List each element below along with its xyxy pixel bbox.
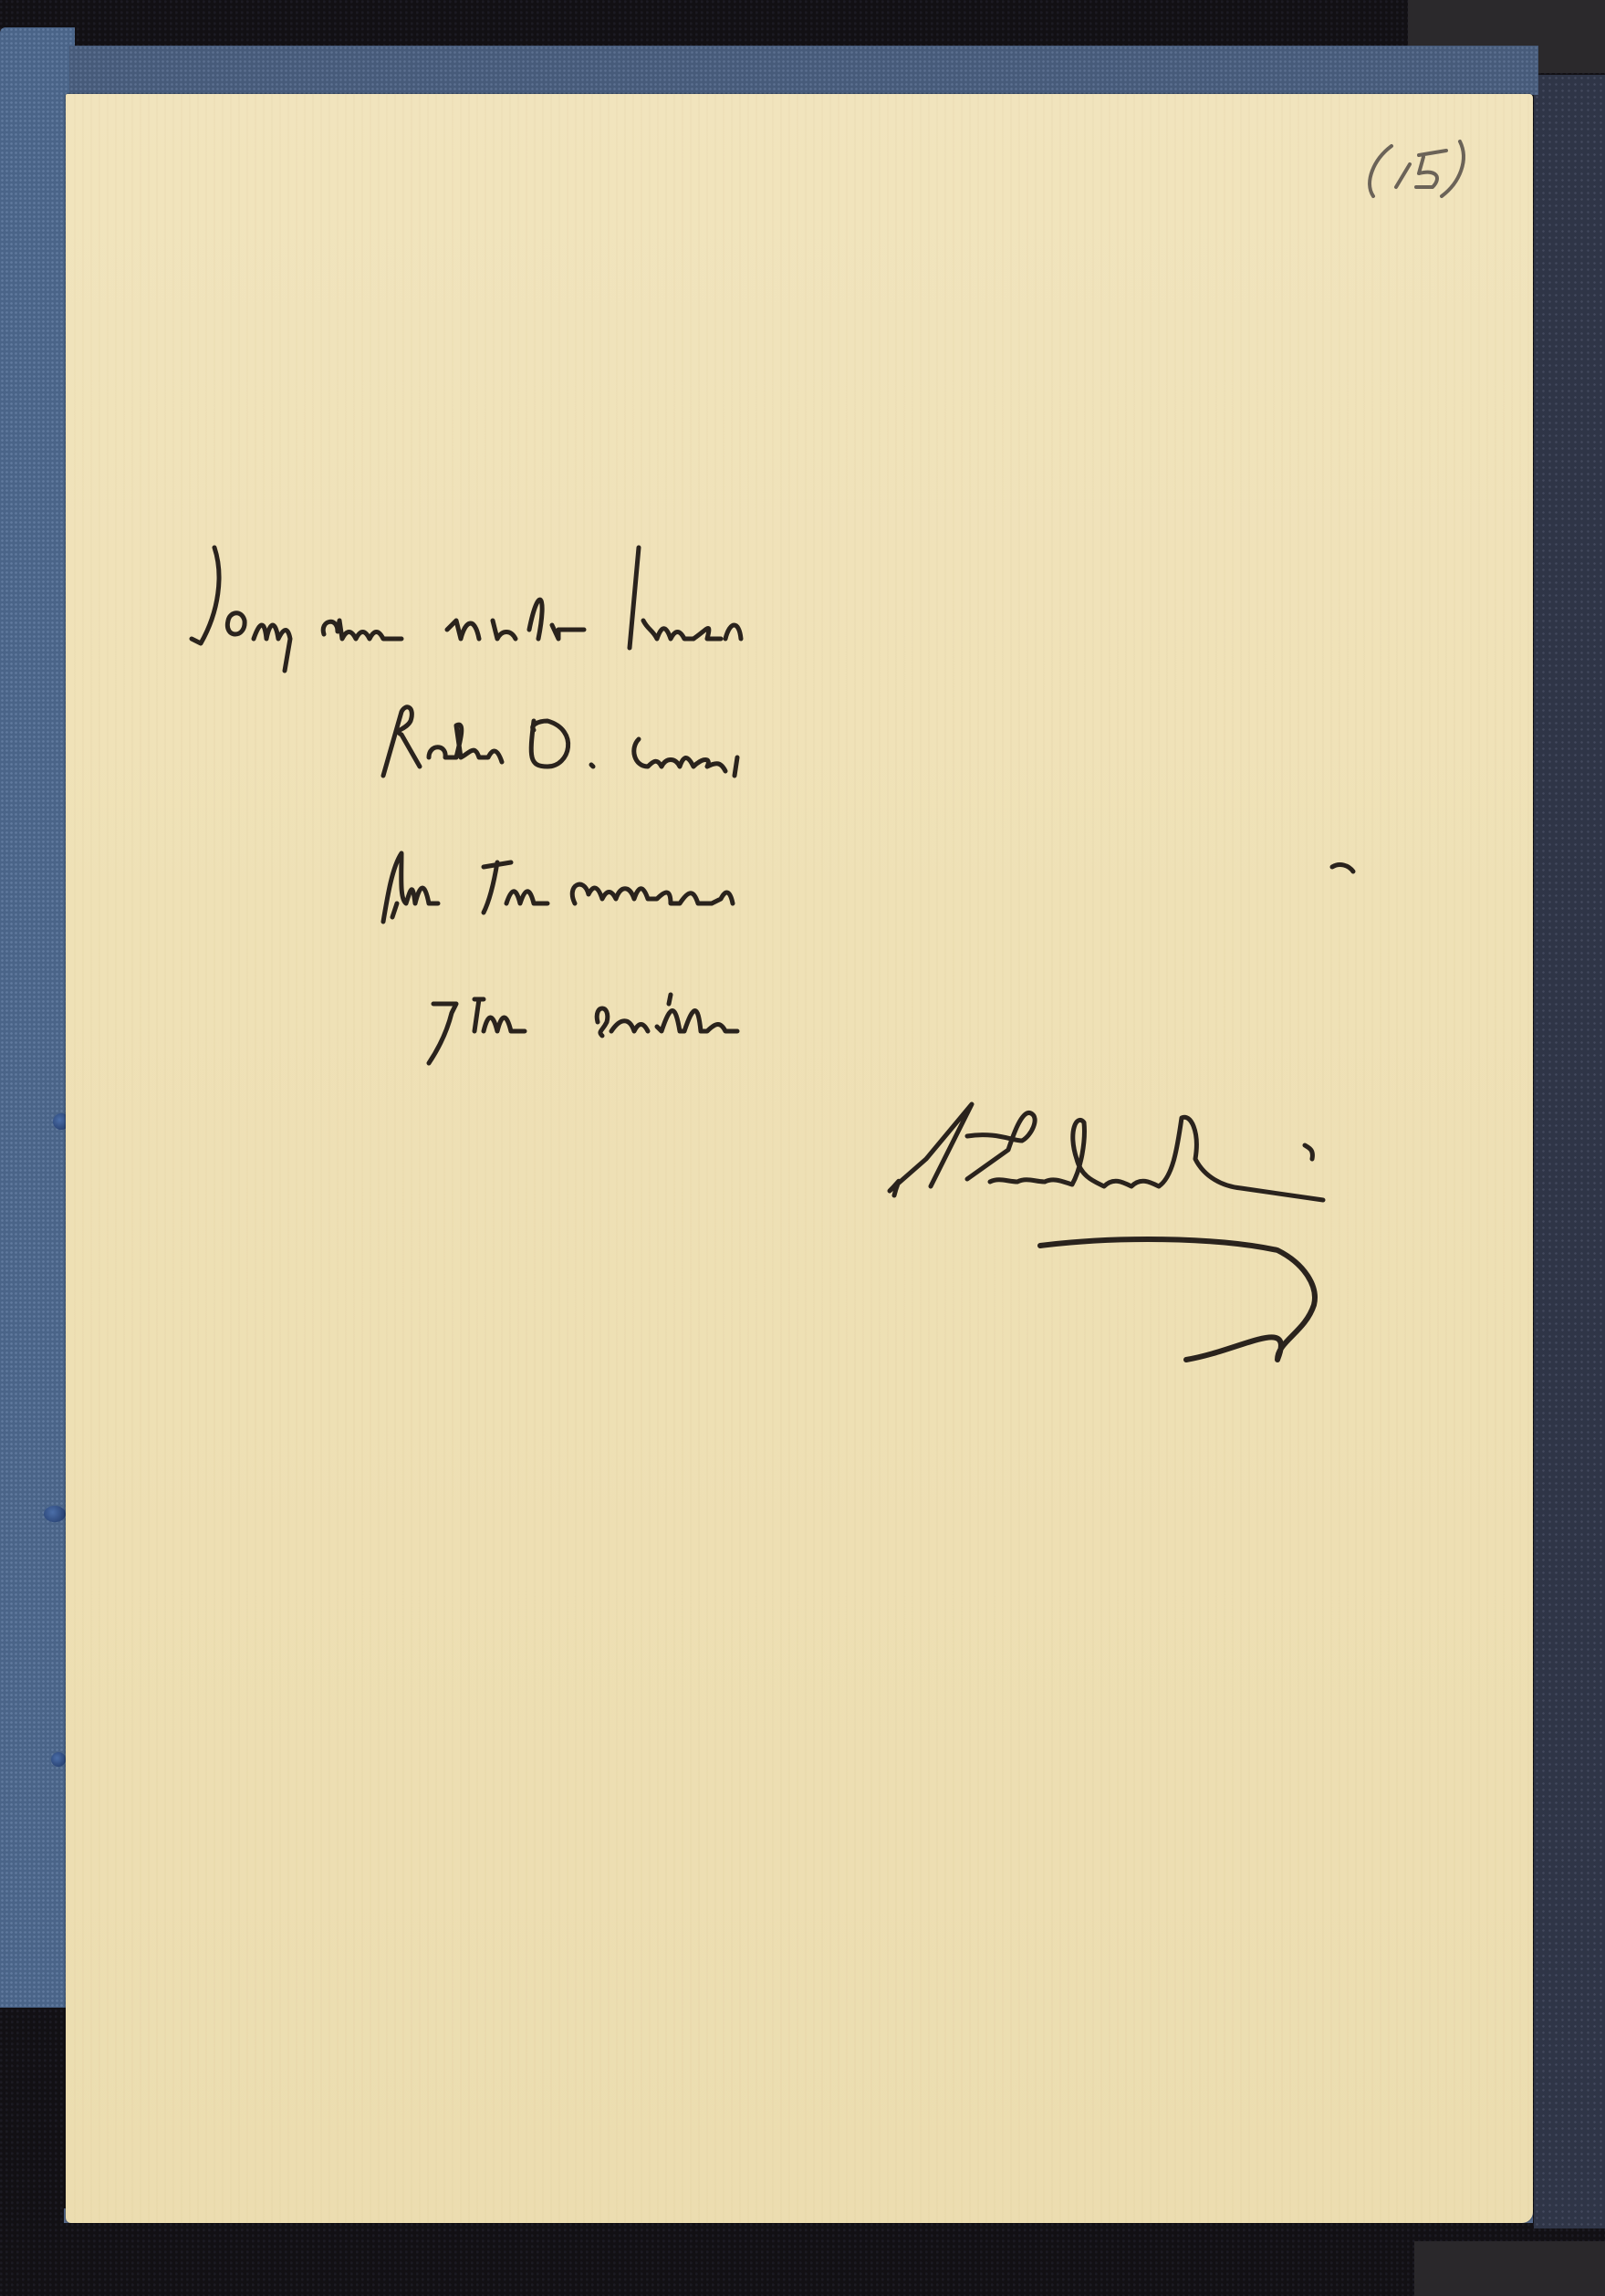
handwriting-line-4	[429, 995, 737, 1063]
page-number-pencil	[1370, 141, 1464, 196]
handwriting-line-3	[383, 853, 1353, 922]
handwriting-signature	[890, 1104, 1323, 1360]
handwriting-line-2	[383, 707, 737, 776]
handwriting-layer	[0, 0, 1605, 2296]
handwriting-line-1	[192, 548, 741, 671]
